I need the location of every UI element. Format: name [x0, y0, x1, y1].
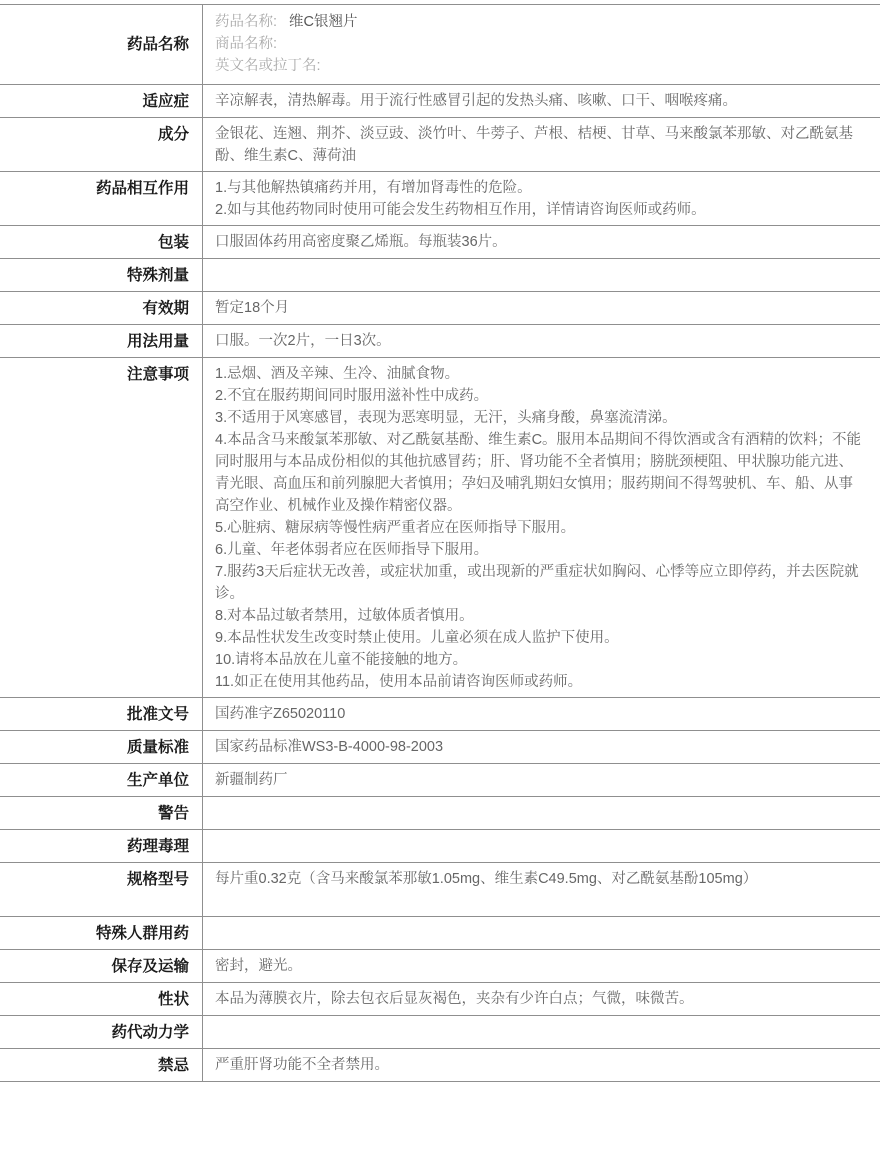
row-specification: 规格型号 每片重0.32克（含马来酸氯苯那敏1.05mg、维生素C49.5mg、… — [0, 863, 880, 917]
row-drug-interactions-label: 药品相互作用 — [0, 172, 203, 225]
english-name-prefix: 英文名或拉丁名: — [215, 58, 321, 74]
precaution-item: 8.对本品过敏者禁用，过敏体质者慎用。 — [215, 605, 866, 627]
row-contraindications: 禁忌 严重肝肾功能不全者禁用。 — [0, 1049, 880, 1082]
row-dosage-usage-label: 用法用量 — [0, 325, 203, 357]
drug-name-prefix: 药品名称: — [215, 14, 277, 30]
row-appearance: 性状 本品为薄膜衣片，除去包衣后显灰褐色，夹杂有少许白点；气微，味微苦。 — [0, 983, 880, 1016]
row-storage-transport-value: 密封，避光。 — [203, 950, 880, 982]
row-indications-value: 辛凉解表，清热解毒。用于流行性感冒引起的发热头痛、咳嗽、口干、咽喉疼痛。 — [203, 85, 880, 117]
row-drug-interactions: 药品相互作用 1.与其他解热镇痛药并用，有增加肾毒性的危险。 2.如与其他药物同… — [0, 172, 880, 226]
row-approval-number: 批准文号 国药准字Z65020110 — [0, 698, 880, 731]
row-precautions-value: 1.忌烟、酒及辛辣、生冷、油腻食物。 2.不宜在服药期间同时服用滋补性中成药。 … — [203, 358, 880, 697]
row-pharmacology-toxicology: 药理毒理 — [0, 830, 880, 863]
row-drug-interactions-value: 1.与其他解热镇痛药并用，有增加肾毒性的危险。 2.如与其他药物同时使用可能会发… — [203, 172, 880, 225]
row-storage-transport: 保存及运输 密封，避光。 — [0, 950, 880, 983]
row-dosage-usage-value: 口服。一次2片，一日3次。 — [203, 325, 880, 357]
drug-name-text: 维C银翘片 — [289, 14, 357, 30]
row-storage-transport-label: 保存及运输 — [0, 950, 203, 982]
precaution-item: 1.忌烟、酒及辛辣、生冷、油腻食物。 — [215, 363, 866, 385]
row-pharmacokinetics-value — [203, 1016, 880, 1048]
row-specification-label: 规格型号 — [0, 863, 203, 916]
row-pharmacokinetics-label: 药代动力学 — [0, 1016, 203, 1048]
row-validity-period: 有效期 暂定18个月 — [0, 292, 880, 325]
interaction-item: 1.与其他解热镇痛药并用，有增加肾毒性的危险。 — [215, 177, 866, 199]
row-special-dosage-value — [203, 259, 880, 291]
row-pharmacology-toxicology-value — [203, 830, 880, 862]
row-pharmacology-toxicology-label: 药理毒理 — [0, 830, 203, 862]
precaution-item: 4.本品含马来酸氯苯那敏、对乙酰氨基酚、维生素C。服用本品期间不得饮酒或含有酒精… — [215, 429, 866, 517]
row-special-populations-label: 特殊人群用药 — [0, 917, 203, 949]
row-indications: 适应症 辛凉解表，清热解毒。用于流行性感冒引起的发热头痛、咳嗽、口干、咽喉疼痛。 — [0, 85, 880, 118]
row-appearance-value: 本品为薄膜衣片，除去包衣后显灰褐色，夹杂有少许白点；气微，味微苦。 — [203, 983, 880, 1015]
drug-name-line: 药品名称:维C银翘片 — [215, 11, 866, 33]
row-validity-period-label: 有效期 — [0, 292, 203, 324]
trade-name-prefix: 商品名称: — [215, 36, 277, 52]
row-manufacturer-value: 新疆制药厂 — [203, 764, 880, 796]
precaution-item: 2.不宜在服药期间同时服用滋补性中成药。 — [215, 385, 866, 407]
row-drug-name: 药品名称 药品名称:维C银翘片 商品名称: 英文名或拉丁名: — [0, 5, 880, 85]
row-manufacturer: 生产单位 新疆制药厂 — [0, 764, 880, 797]
precaution-item: 11.如正在使用其他药品，使用本品前请咨询医师或药师。 — [215, 671, 866, 693]
row-indications-label: 适应症 — [0, 85, 203, 117]
row-approval-number-label: 批准文号 — [0, 698, 203, 730]
drug-info-table: 药品名称 药品名称:维C银翘片 商品名称: 英文名或拉丁名: 适应症 辛凉解表，… — [0, 4, 880, 1082]
row-quality-standard-label: 质量标准 — [0, 731, 203, 763]
row-ingredients-label: 成分 — [0, 118, 203, 171]
row-quality-standard-value: 国家药品标准WS3-B-4000-98-2003 — [203, 731, 880, 763]
row-contraindications-label: 禁忌 — [0, 1049, 203, 1081]
precaution-item: 3.不适用于风寒感冒，表现为恶寒明显，无汗，头痛身酸，鼻塞流清涕。 — [215, 407, 866, 429]
row-contraindications-value: 严重肝肾功能不全者禁用。 — [203, 1049, 880, 1081]
row-precautions-label: 注意事项 — [0, 358, 203, 697]
row-warning-value — [203, 797, 880, 829]
precaution-item: 9.本品性状发生改变时禁止使用。儿童必须在成人监护下使用。 — [215, 627, 866, 649]
precaution-item: 6.儿童、年老体弱者应在医师指导下服用。 — [215, 539, 866, 561]
row-special-populations-value — [203, 917, 880, 949]
row-appearance-label: 性状 — [0, 983, 203, 1015]
row-packaging: 包装 口服固体药用高密度聚乙烯瓶。每瓶装36片。 — [0, 226, 880, 259]
row-warning-label: 警告 — [0, 797, 203, 829]
row-specification-value: 每片重0.32克（含马来酸氯苯那敏1.05mg、维生素C49.5mg、对乙酰氨基… — [203, 863, 880, 916]
row-ingredients: 成分 金银花、连翘、荆芥、淡豆豉、淡竹叶、牛蒡子、芦根、桔梗、甘草、马来酸氯苯那… — [0, 118, 880, 172]
row-drug-name-value: 药品名称:维C银翘片 商品名称: 英文名或拉丁名: — [203, 5, 880, 84]
row-quality-standard: 质量标准 国家药品标准WS3-B-4000-98-2003 — [0, 731, 880, 764]
row-precautions: 注意事项 1.忌烟、酒及辛辣、生冷、油腻食物。 2.不宜在服药期间同时服用滋补性… — [0, 358, 880, 698]
row-special-dosage-label: 特殊剂量 — [0, 259, 203, 291]
english-name-line: 英文名或拉丁名: — [215, 55, 866, 77]
row-special-populations: 特殊人群用药 — [0, 917, 880, 950]
row-dosage-usage: 用法用量 口服。一次2片，一日3次。 — [0, 325, 880, 358]
row-pharmacokinetics: 药代动力学 — [0, 1016, 880, 1049]
row-special-dosage: 特殊剂量 — [0, 259, 880, 292]
interaction-item: 2.如与其他药物同时使用可能会发生药物相互作用，详情请咨询医师或药师。 — [215, 199, 866, 221]
row-ingredients-value: 金银花、连翘、荆芥、淡豆豉、淡竹叶、牛蒡子、芦根、桔梗、甘草、马来酸氯苯那敏、对… — [203, 118, 880, 171]
precaution-item: 10.请将本品放在儿童不能接触的地方。 — [215, 649, 866, 671]
precaution-item: 7.服药3天后症状无改善，或症状加重，或出现新的严重症状如胸闷、心悸等应立即停药… — [215, 561, 866, 605]
row-validity-period-value: 暂定18个月 — [203, 292, 880, 324]
row-manufacturer-label: 生产单位 — [0, 764, 203, 796]
row-approval-number-value: 国药准字Z65020110 — [203, 698, 880, 730]
precaution-item: 5.心脏病、糖尿病等慢性病严重者应在医师指导下服用。 — [215, 517, 866, 539]
row-packaging-value: 口服固体药用高密度聚乙烯瓶。每瓶装36片。 — [203, 226, 880, 258]
trade-name-line: 商品名称: — [215, 33, 866, 55]
row-packaging-label: 包装 — [0, 226, 203, 258]
row-drug-name-label: 药品名称 — [0, 5, 203, 84]
row-warning: 警告 — [0, 797, 880, 830]
